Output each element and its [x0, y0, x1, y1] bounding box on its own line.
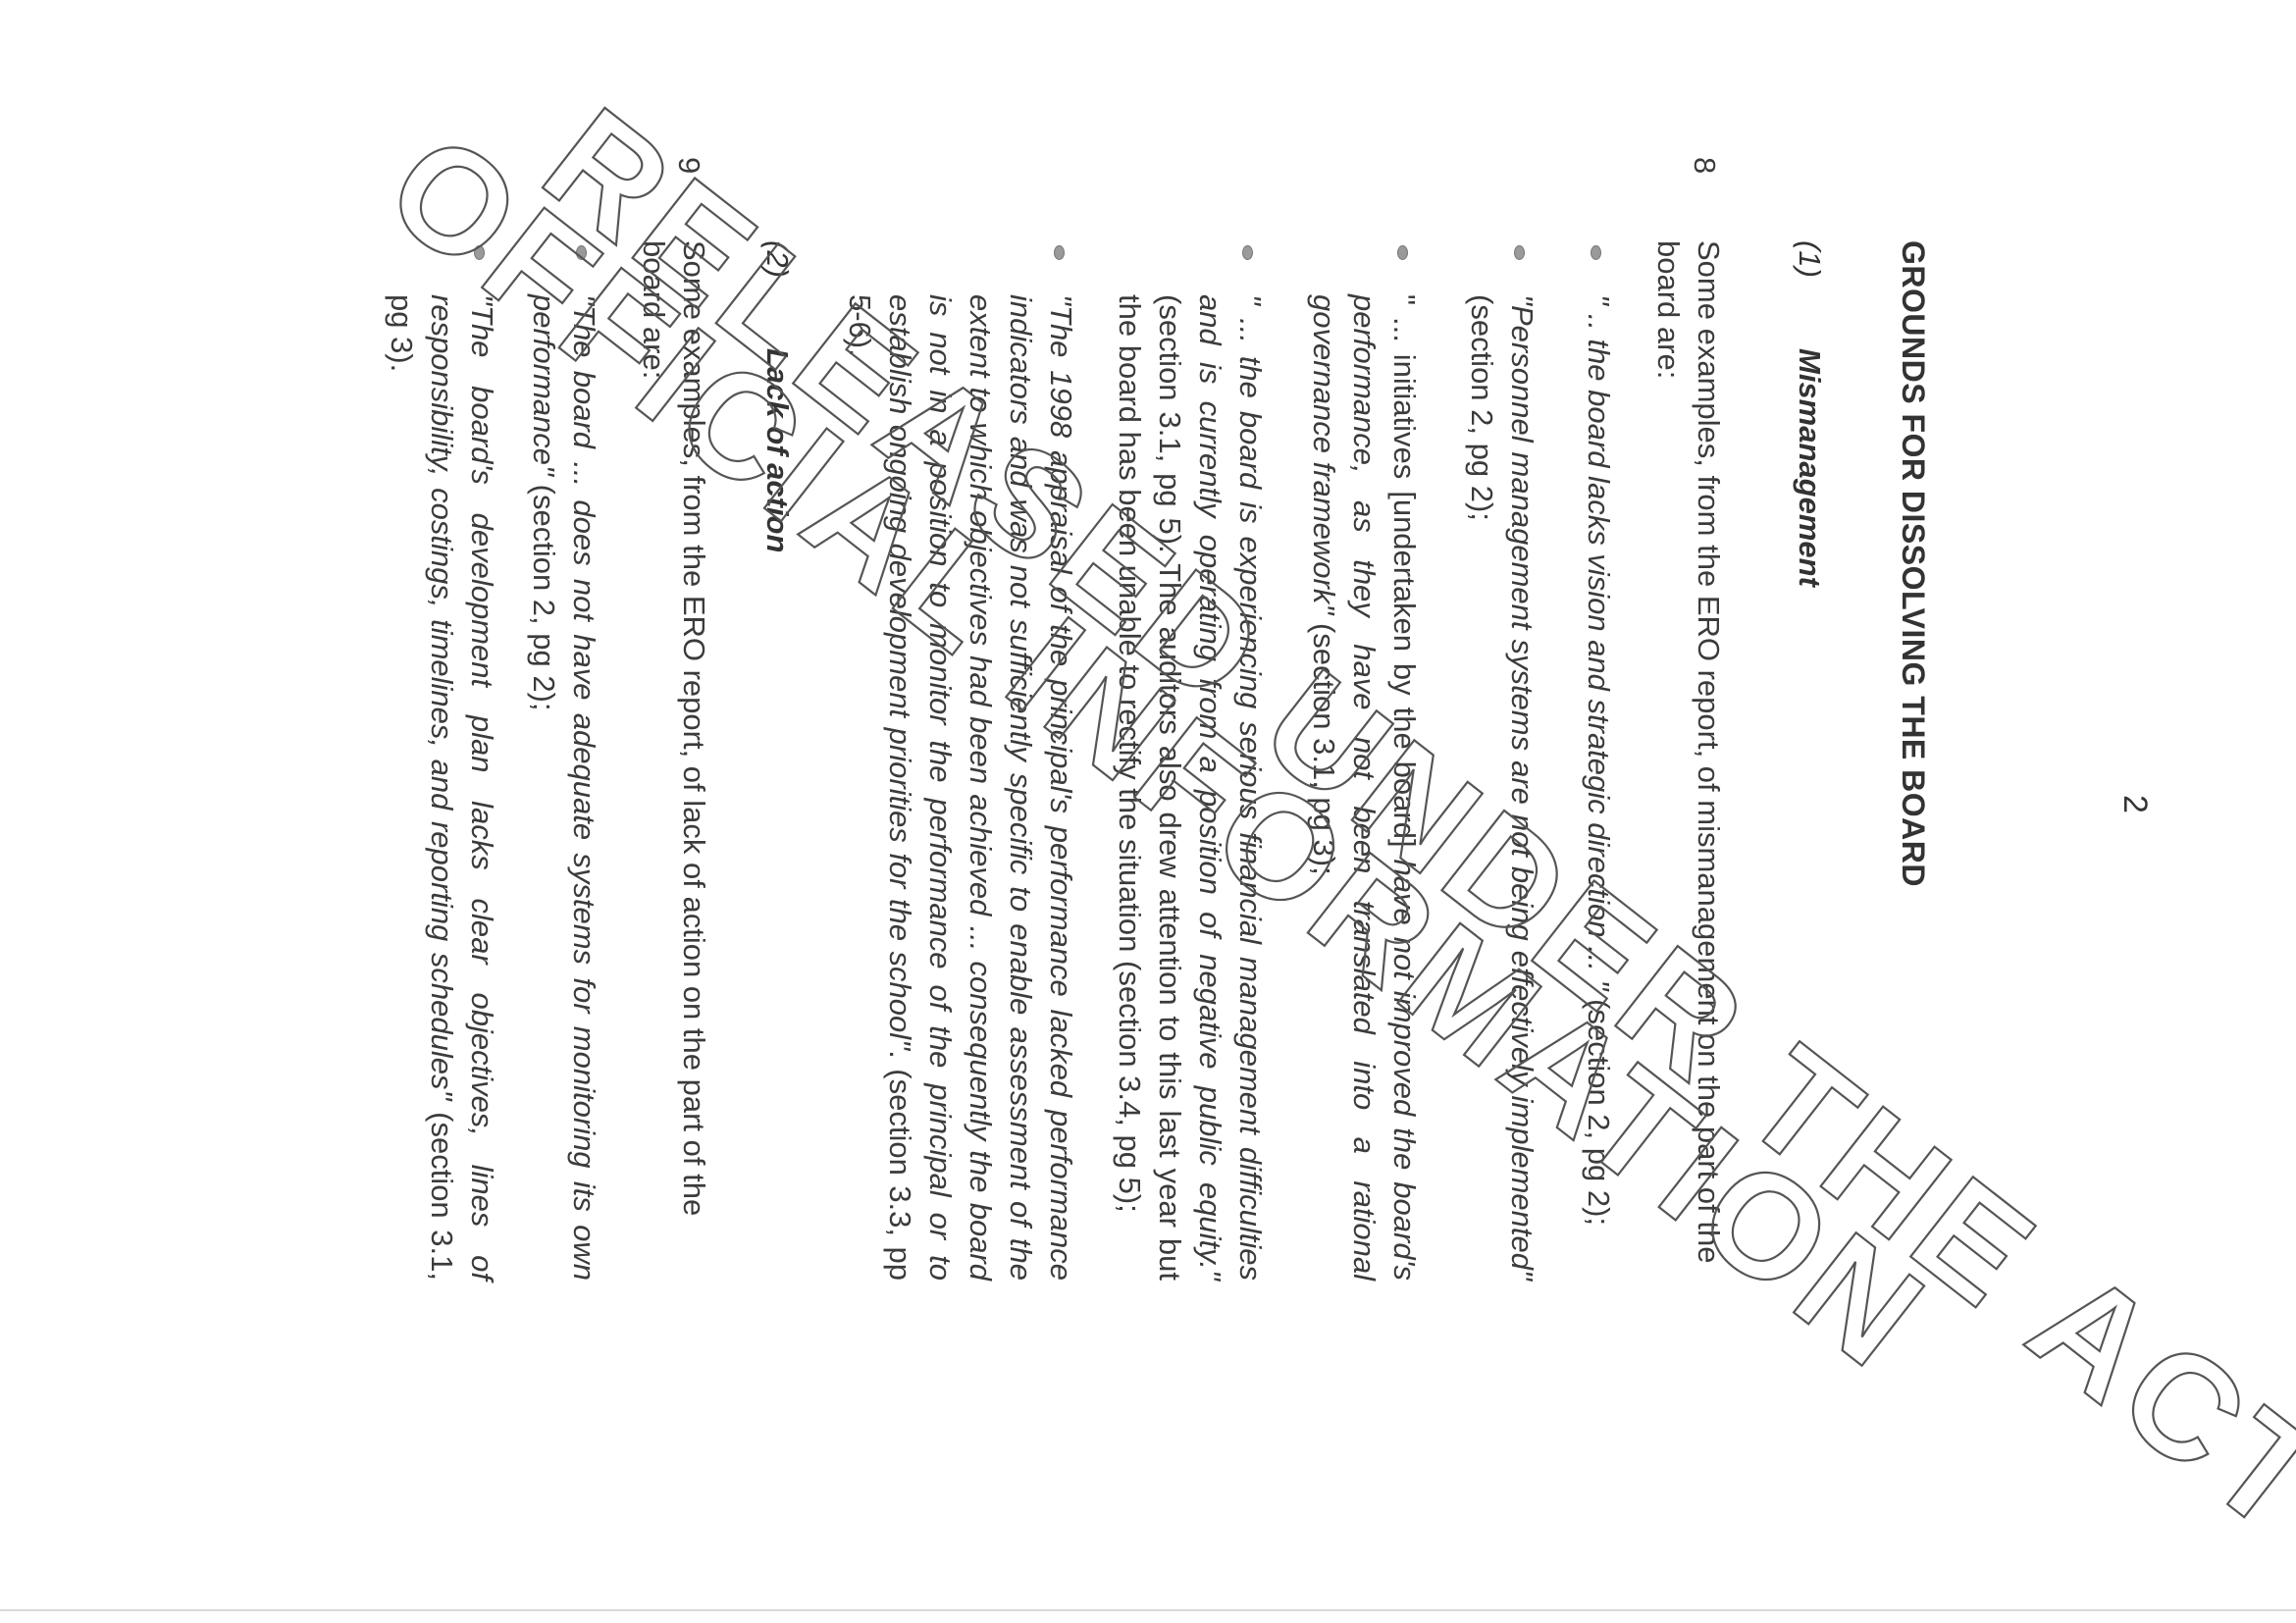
- paragraph-9-intro: Some examples, from the ERO report, of l…: [634, 240, 714, 1281]
- bullet-item: "The board's development plan lacks clea…: [382, 294, 502, 1281]
- bullet-quote: " .. the board lacks vision and strategi…: [1582, 294, 1616, 991]
- page-number: 2: [2115, 795, 2154, 813]
- bullet-item: " ... initiatives [undertaken by the boa…: [1304, 294, 1425, 1281]
- section-1-number: (1): [1792, 240, 1827, 278]
- bullet-icon: [1242, 245, 1253, 260]
- bullet-icon: [1397, 245, 1408, 260]
- bullet-item: " ... the board is experiencing serious …: [1110, 294, 1271, 1281]
- bullet-ref: (section 2, pg 2);: [1465, 294, 1499, 521]
- page-content: 2 GROUNDS FOR DISSOLVING THE BOARD (1) M…: [0, 0, 2296, 1623]
- bullet-icon: [1514, 245, 1525, 260]
- bullet-quote: "Personnel management systems are not be…: [1505, 294, 1539, 1281]
- bullet-icon: [576, 245, 587, 260]
- paragraph-8-number: 8: [1687, 157, 1722, 174]
- bullet-item: "The 1998 appraisal of the principal's p…: [840, 294, 1081, 1281]
- bullet-ref: (section 3.1, pg 3);: [1307, 614, 1341, 874]
- bullet-ref: (section 3.1, pg 5). The auditors also d…: [1113, 294, 1187, 1281]
- section-1-title: Mismanagement: [1792, 348, 1827, 587]
- bullet-item: " .. the board lacks vision and strategi…: [1579, 294, 1619, 1281]
- bullet-icon: [1054, 245, 1065, 260]
- bullet-quote: "The board ... does not have adequate sy…: [527, 294, 601, 1281]
- bullet-ref: (section 2, pg 2);: [527, 476, 561, 711]
- page-heading: GROUNDS FOR DISSOLVING THE BOARD: [1895, 240, 1931, 887]
- bullet-icon: [1591, 245, 1601, 260]
- bullet-item: "Personnel management systems are not be…: [1462, 294, 1542, 1281]
- paragraph-9-number: 9: [671, 157, 706, 174]
- bullet-ref: (section 2, pg 2);: [1582, 991, 1616, 1227]
- bullet-prefix: " ... initiatives [undertaken by the boa…: [1387, 294, 1422, 860]
- section-2-title: Lack of action: [759, 348, 795, 552]
- bullet-icon: [474, 245, 485, 260]
- paragraph-8-intro: Some examples, from the ERO report, of m…: [1648, 240, 1729, 1281]
- bullet-quote: " ... the board is experiencing serious …: [1193, 294, 1268, 1281]
- section-2-number: (2): [759, 240, 795, 278]
- document-page: 2 GROUNDS FOR DISSOLVING THE BOARD (1) M…: [0, 0, 2296, 1623]
- bullet-item: "The board ... does not have adequate sy…: [524, 294, 604, 1281]
